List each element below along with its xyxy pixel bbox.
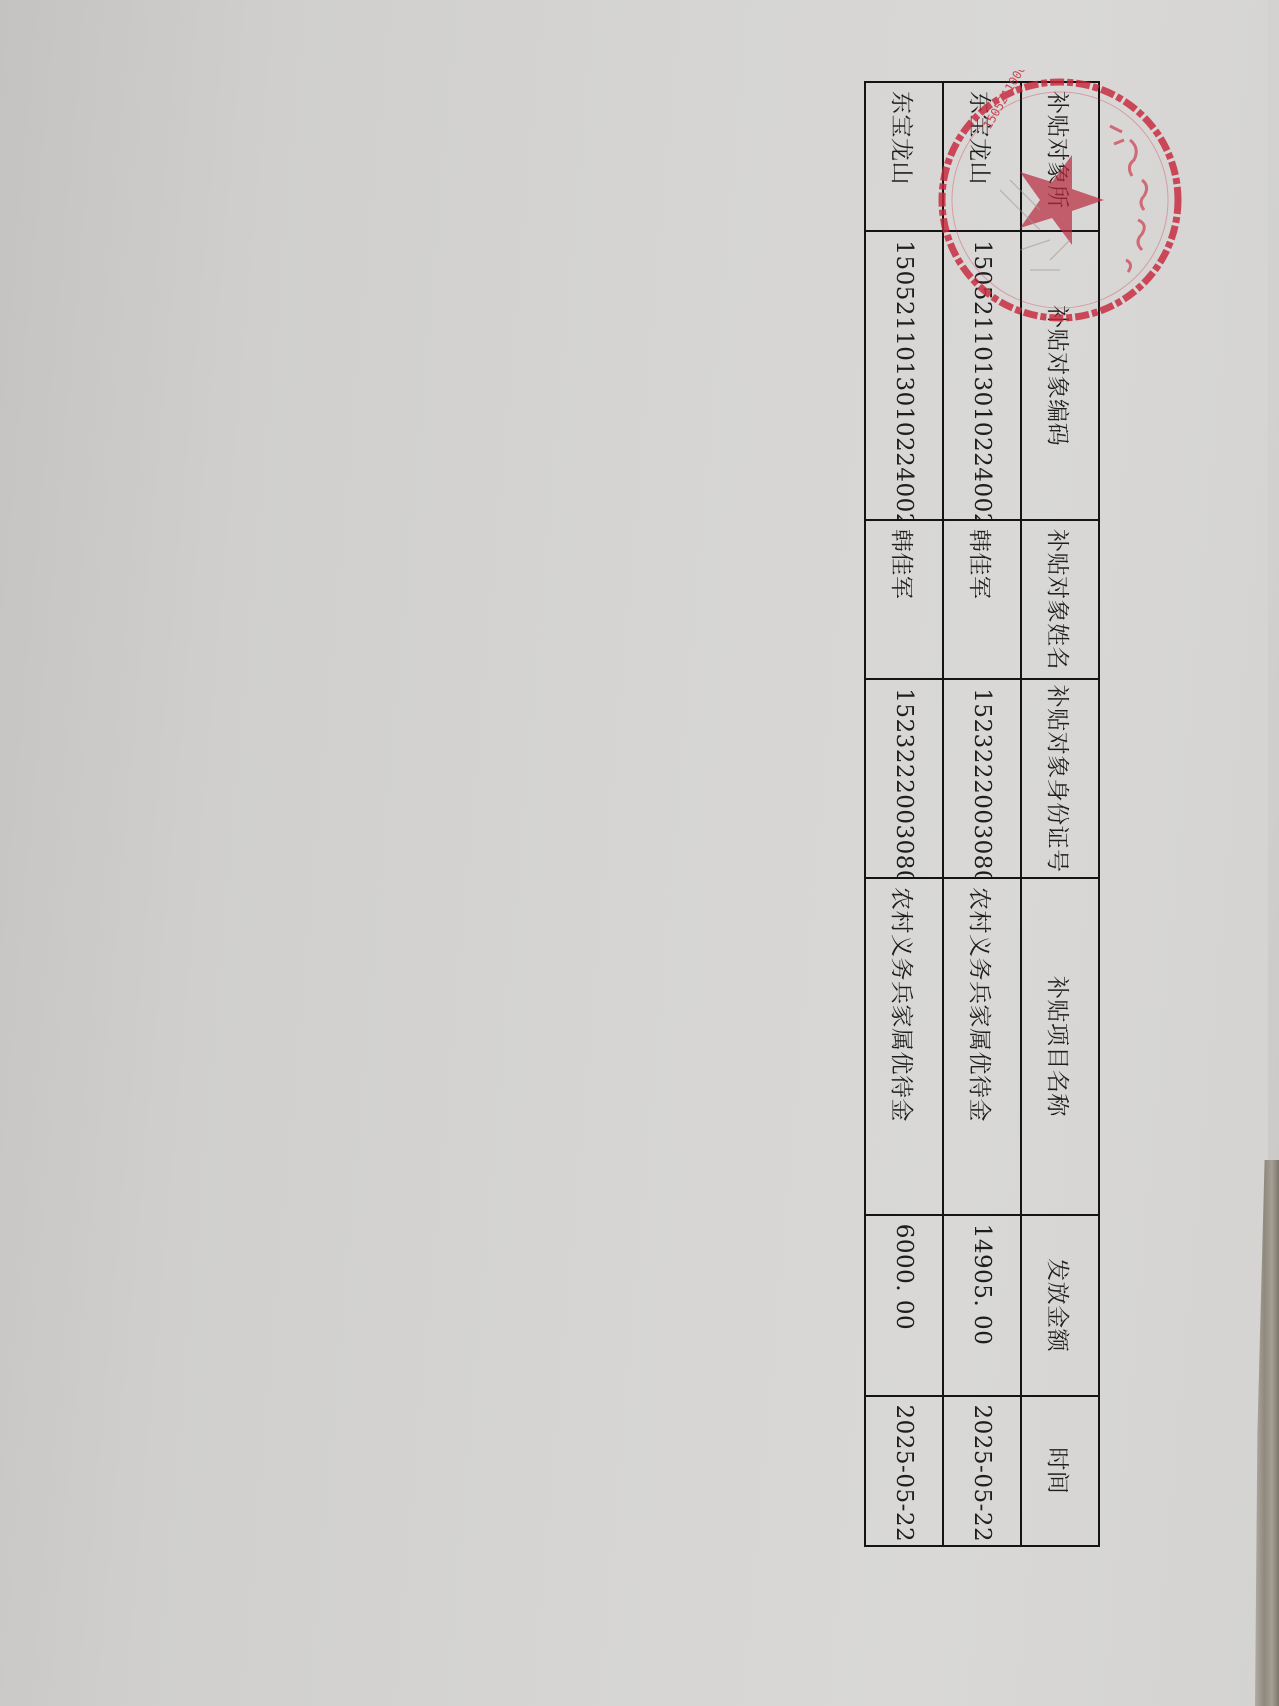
- header-amount: 发放金额: [1021, 1215, 1099, 1396]
- table-row: 东宝龙山 1505211013010224002 韩佳军 15232220030…: [943, 82, 1021, 1546]
- header-code: 补贴对象编码: [1021, 231, 1099, 520]
- cell-id-number: 152322200308050510: [943, 679, 1021, 878]
- cell-code: 1505211013010224002: [943, 231, 1021, 520]
- cell-project: 农村义务兵家属优待金: [865, 878, 943, 1215]
- cell-date: 2025-05-22: [865, 1396, 943, 1546]
- header-date: 时间: [1021, 1396, 1099, 1546]
- rotated-table-container: 补贴对象所 补贴对象编码 补贴对象姓名 补贴对象身份证号 补贴项目名称 发放金额…: [864, 81, 1100, 1547]
- header-name: 补贴对象姓名: [1021, 520, 1099, 679]
- table-header-row: 补贴对象所 补贴对象编码 补贴对象姓名 补贴对象身份证号 补贴项目名称 发放金额…: [1021, 82, 1099, 1546]
- subsidy-table: 补贴对象所 补贴对象编码 补贴对象姓名 补贴对象身份证号 补贴项目名称 发放金额…: [864, 81, 1100, 1547]
- cell-id-number: 152322200308050510: [865, 679, 943, 878]
- table-row: 东宝龙山 1505211013010224002 韩佳军 15232220030…: [865, 82, 943, 1546]
- cell-project: 农村义务兵家属优待金: [943, 878, 1021, 1215]
- cell-region: 东宝龙山: [865, 82, 943, 231]
- cell-code: 1505211013010224002: [865, 231, 943, 520]
- header-project: 补贴项目名称: [1021, 878, 1099, 1215]
- cell-region: 东宝龙山: [943, 82, 1021, 231]
- header-region: 补贴对象所: [1021, 82, 1099, 231]
- header-id-number: 补贴对象身份证号: [1021, 679, 1099, 878]
- cell-name: 韩佳军: [865, 520, 943, 679]
- cell-date: 2025-05-22: [943, 1396, 1021, 1546]
- cell-amount: 14905. 00: [943, 1215, 1021, 1396]
- cell-name: 韩佳军: [943, 520, 1021, 679]
- cell-amount: 6000. 00: [865, 1215, 943, 1396]
